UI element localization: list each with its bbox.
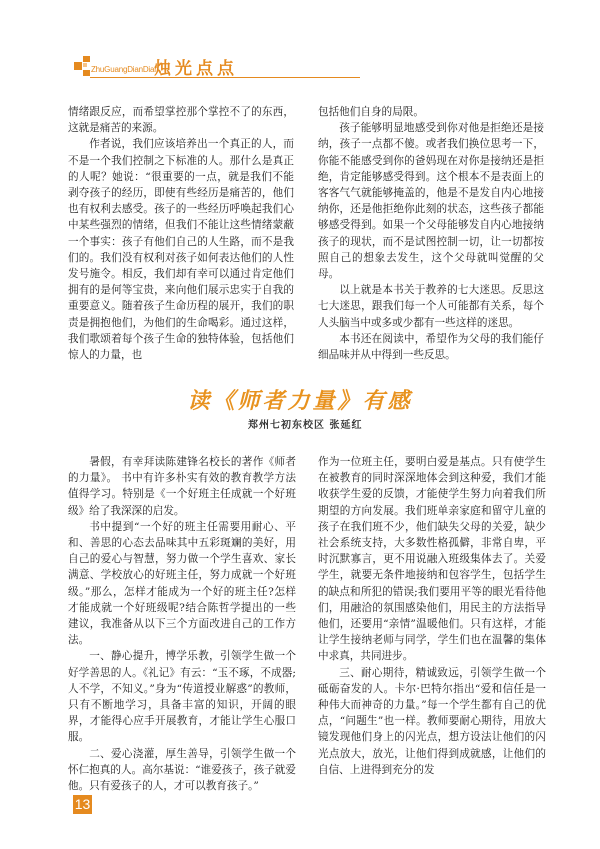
section-name-cn: 烛光点点 [154, 54, 238, 79]
paragraph: 作为一位班主任，要明白爱是基点。只有使学生在被教育的同时深深地体会到这种爱，我们… [318, 454, 546, 665]
logo-squares-icon [74, 56, 90, 76]
paragraph: 孩子能够明显地感受到你对他是拒绝还是接纳，孩子一点都不傻。或者我们换位思考一下，… [318, 120, 544, 282]
article-byline: 郑州七初东校区 张延红 [248, 416, 362, 431]
section-name-en: ZhuGuangDianDian [91, 65, 159, 74]
article-title: 读《师者力量》有感 [0, 384, 600, 415]
paragraph: 以上就是本书关于教养的七大迷思。反思这七大迷思，跟我们每一个人可能都有关系，每个… [318, 282, 544, 331]
top-article-right-column: 包括他们自身的局限。 孩子能够明显地感受到你对他是拒绝还是接纳，孩子一点都不傻。… [318, 104, 544, 363]
paragraph: 二、爱心浇灌，厚生善导，引领学生做一个怀仁抱真的人。高尔基说：“谁爱孩子，孩子就… [68, 746, 296, 795]
bottom-article-left-column: 暑假，有幸拜读陈建锋名校长的著作《师者的力量》。 书中有许多朴实有效的教育教学方… [68, 454, 296, 794]
paragraph: 一、静心提升，博学乐教，引领学生做一个好学善思的人。《礼记》有云：“玉不琢，不成… [68, 648, 296, 745]
top-article-left-column: 情绪跟反应，而希望掌控那个掌控不了的东西，这就是痛苦的来源。 作者说，我们应该培… [68, 104, 294, 363]
page-number: 13 [73, 795, 92, 814]
paragraph: 包括他们自身的局限。 [318, 104, 544, 120]
bottom-article-right-column: 作为一位班主任，要明白爱是基点。只有使学生在被教育的同时深深地体会到这种爱，我们… [318, 454, 546, 778]
paragraph: 书中提到“一个好的班主任需要用耐心、平和、善思的心态去品味其中五彩斑斓的美好，用… [68, 519, 296, 649]
paragraph: 作者说，我们应该培养出一个真正的人，而不是一个我们控制之下标准的人。那什么是真正… [68, 136, 294, 363]
paragraph: 本书还在阅读中，希望作为父母的我们能仔细品味并从中得到一些反思。 [318, 331, 544, 363]
paragraph: 暑假，有幸拜读陈建锋名校长的著作《师者的力量》。 书中有许多朴实有效的教育教学方… [68, 454, 296, 519]
paragraph: 三、耐心期待，精诚致远，引领学生做一个砥砺奋发的人。卡尔·巴特尔指出“爱和信任是… [318, 665, 546, 778]
header-divider [90, 77, 360, 78]
section-header: ZhuGuangDianDian 烛光点点 [72, 54, 287, 80]
paragraph: 情绪跟反应，而希望掌控那个掌控不了的东西，这就是痛苦的来源。 [68, 104, 294, 136]
